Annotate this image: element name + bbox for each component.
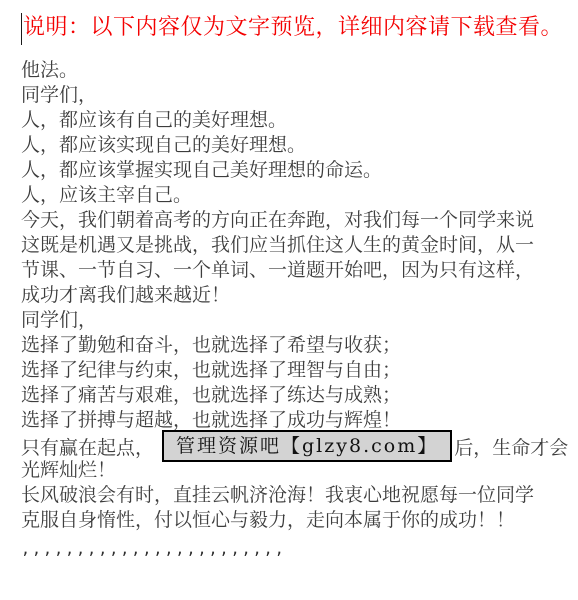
text-line: 同学们， <box>21 308 578 333</box>
text-line: 成功才离我们越来越近！ <box>21 283 578 308</box>
text-line: 今天，我们朝着高考的方向正在奔跑，对我们每一个同学来说 <box>21 208 578 233</box>
text-line: 人，都应该有自己的美好理想。 <box>21 108 578 133</box>
text-line: 人，应该主宰自己。 <box>21 183 578 208</box>
document-body: 他法。 同学们， 人，都应该有自己的美好理想。 人，都应该实现自己的美好理想。 … <box>21 58 578 562</box>
text-line: 选择了纪律与约束，也就选择了理智与自由； <box>21 358 578 383</box>
text-line: 人，都应该掌握实现自己美好理想的命运。 <box>21 158 578 183</box>
site-watermark-badge: 管理资源吧【glzy8.com】 <box>162 430 452 462</box>
text-segment-after-watermark: 后，生命才会 <box>454 437 568 459</box>
text-line: 这既是机遇又是挑战，我们应当抓住这人生的黄金时间，从一 <box>21 233 578 258</box>
text-line: 他法。 <box>21 58 578 83</box>
text-segment-before-watermark: 只有赢在起点， <box>21 437 154 459</box>
text-line: 同学们， <box>21 83 578 108</box>
watermark-text-line: 只有赢在起点，管理资源吧【glzy8.com】后，生命才会 <box>21 433 578 458</box>
text-cursor <box>21 13 22 45</box>
preview-notice-row: 说明：以下内容仅为文字预览，详细内容请下载查看。 <box>21 13 578 45</box>
text-line: 人，都应该实现自己的美好理想。 <box>21 133 578 158</box>
text-line: 选择了痛苦与艰难，也就选择了练达与成熟； <box>21 383 578 408</box>
text-line: 选择了勤勉和奋斗，也就选择了希望与收获； <box>21 333 578 358</box>
preview-notice-text: 说明：以下内容仅为文字预览，详细内容请下载查看。 <box>23 13 563 43</box>
text-line: 克服自身惰性，付以恒心与毅力，走向本属于你的成功！！ <box>21 508 578 533</box>
ellipsis-dots-row: ,,,,,,,,,,,,,,,,,,,,,,,, <box>21 537 578 562</box>
text-line: 节课、一节自习、一个单词、一道题开始吧，因为只有这样， <box>21 258 578 283</box>
text-line: 长风破浪会有时，直挂云帆济沧海！我衷心地祝愿每一位同学 <box>21 483 578 508</box>
document-preview-page: 说明：以下内容仅为文字预览，详细内容请下载查看。 他法。 同学们， 人，都应该有… <box>0 0 578 562</box>
